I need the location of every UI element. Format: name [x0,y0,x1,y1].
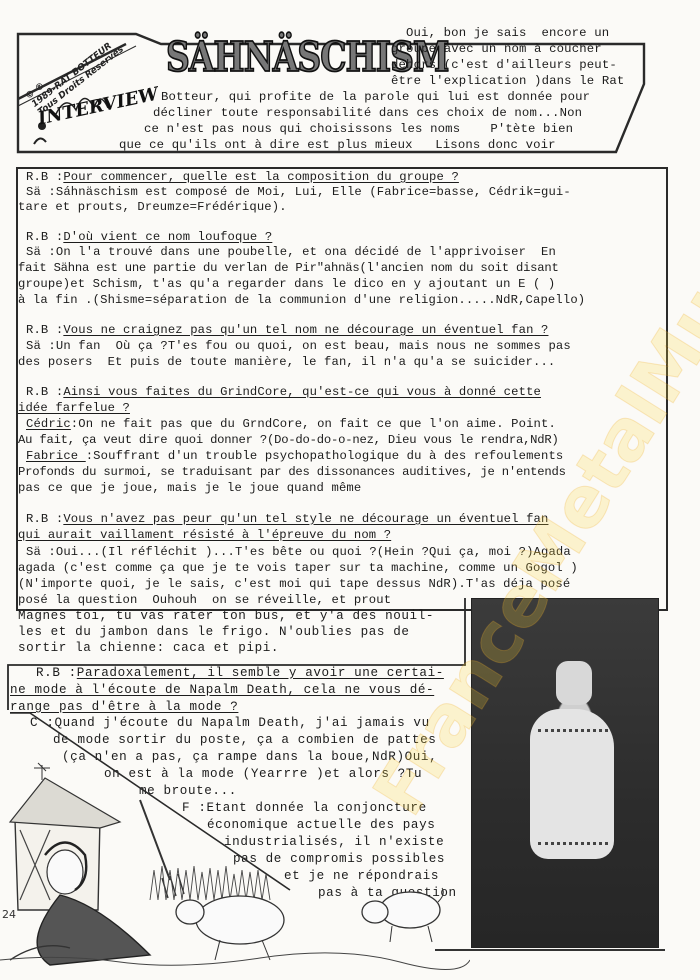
speaker: Sä : [26,245,56,259]
pig-icon [362,888,443,942]
answer: Sä :Oui...(Il réfléchit )...T'es bête ou… [26,545,571,560]
question-text: Vous n'avez pas peur qu'un tel style ne … [63,512,548,526]
intro-line: Botteur, qui profite de la parole qui lu… [161,90,590,105]
intro-line: être l'explication )dans le Rat [391,74,624,89]
question: R.B :D'où vient ce nom loufoque ? [26,230,272,245]
answer: Cédric:On ne fait pas que du GrndCore, o… [26,417,556,432]
page-number: 24 [2,908,16,921]
answer: Sä :On l'a trouvé dans une poubelle, et … [26,245,556,260]
speaker: R.B : [26,385,63,399]
answer-line: Profonds du surmoi, se traduisant par de… [18,465,566,480]
farm-illustration [0,760,470,980]
answer-line: tare et prouts, Dreumze=Frédérique). [18,200,287,215]
band-photo [471,598,659,948]
answer-line: des posers Et puis de toute manière, le … [18,355,555,370]
intro-line: ce n'est pas nous qui choisissons les no… [144,122,573,137]
speaker: Cédric [26,417,71,431]
answer-line: agada (c'est comme ça que je te vois tap… [18,561,578,576]
question-text: idée farfelue ? [18,401,130,416]
intro-line: que ce qu'ils ont à dire est plus mieux … [119,138,556,153]
intro-line: décliner toute responsabilité dans ces c… [153,106,582,121]
question-text: Vous ne craignez pas qu'un tel nom ne dé… [63,323,548,337]
photo-head [556,661,592,705]
pitchfork-icon [140,800,184,898]
question: R.B :Vous ne craignez pas qu'un tel nom … [26,323,548,338]
speaker: R.B : [26,512,63,526]
answer: Sä :Sáhnäschism est composé de Moi, Lui,… [26,185,571,200]
question-text: Ainsi vous faites du GrindCore, qu'est-c… [63,385,541,399]
bottom-rule [435,949,665,951]
answer-line: pas ce que je joue, mais je le joue quan… [18,481,361,496]
speaker: R.B : [26,230,63,244]
speaker: R.B : [26,323,63,337]
pig-icon [176,896,284,960]
question: R.B :Pour commencer, quelle est la compo… [26,170,459,185]
question-text: Pour commencer, quelle est la compositio… [63,170,459,184]
question: R.B :Ainsi vous faites du GrindCore, qu'… [26,385,541,400]
speaker: Sä : [26,339,56,353]
answer-line: groupe)et Schism, t'as qu'a regarder dan… [18,277,555,292]
speaker: Sä : [26,545,56,559]
question-text: qui aurait vaillament résisté à l'épreuv… [18,528,391,543]
speaker: Fabrice [26,449,86,463]
grass-decoration [150,866,270,900]
speaker: Sä : [26,185,56,199]
answer: Fabrice :Souffrant d'un trouble psychopa… [26,449,563,464]
photo-tshirt-print [538,729,608,845]
intro-line: Oui, bon je sais encore un [406,26,609,41]
intro-line: groupe avec un nom à coucher [391,42,602,57]
intro-line: dehors (c'est d'ailleurs peut- [391,58,617,73]
answer: Sä :Un fan Où ça ?T'es fou ou quoi, on e… [26,339,571,354]
question: R.B :Vous n'avez pas peur qu'un tel styl… [26,512,548,527]
header-box: © ℗ 1989-RAT BOTTEUR Tous Droits Reserve… [16,14,648,152]
answer-line: fait Sähna est une partie du verlan de P… [18,261,559,276]
answer-line: Au fait, ça veut dire quoi donner ?(Do-d… [18,433,559,448]
question-text: D'où vient ce nom loufoque ? [63,230,272,244]
speaker: R.B : [26,170,63,184]
answer-line: à la fin .(Shisme=séparation de la commu… [18,293,585,308]
